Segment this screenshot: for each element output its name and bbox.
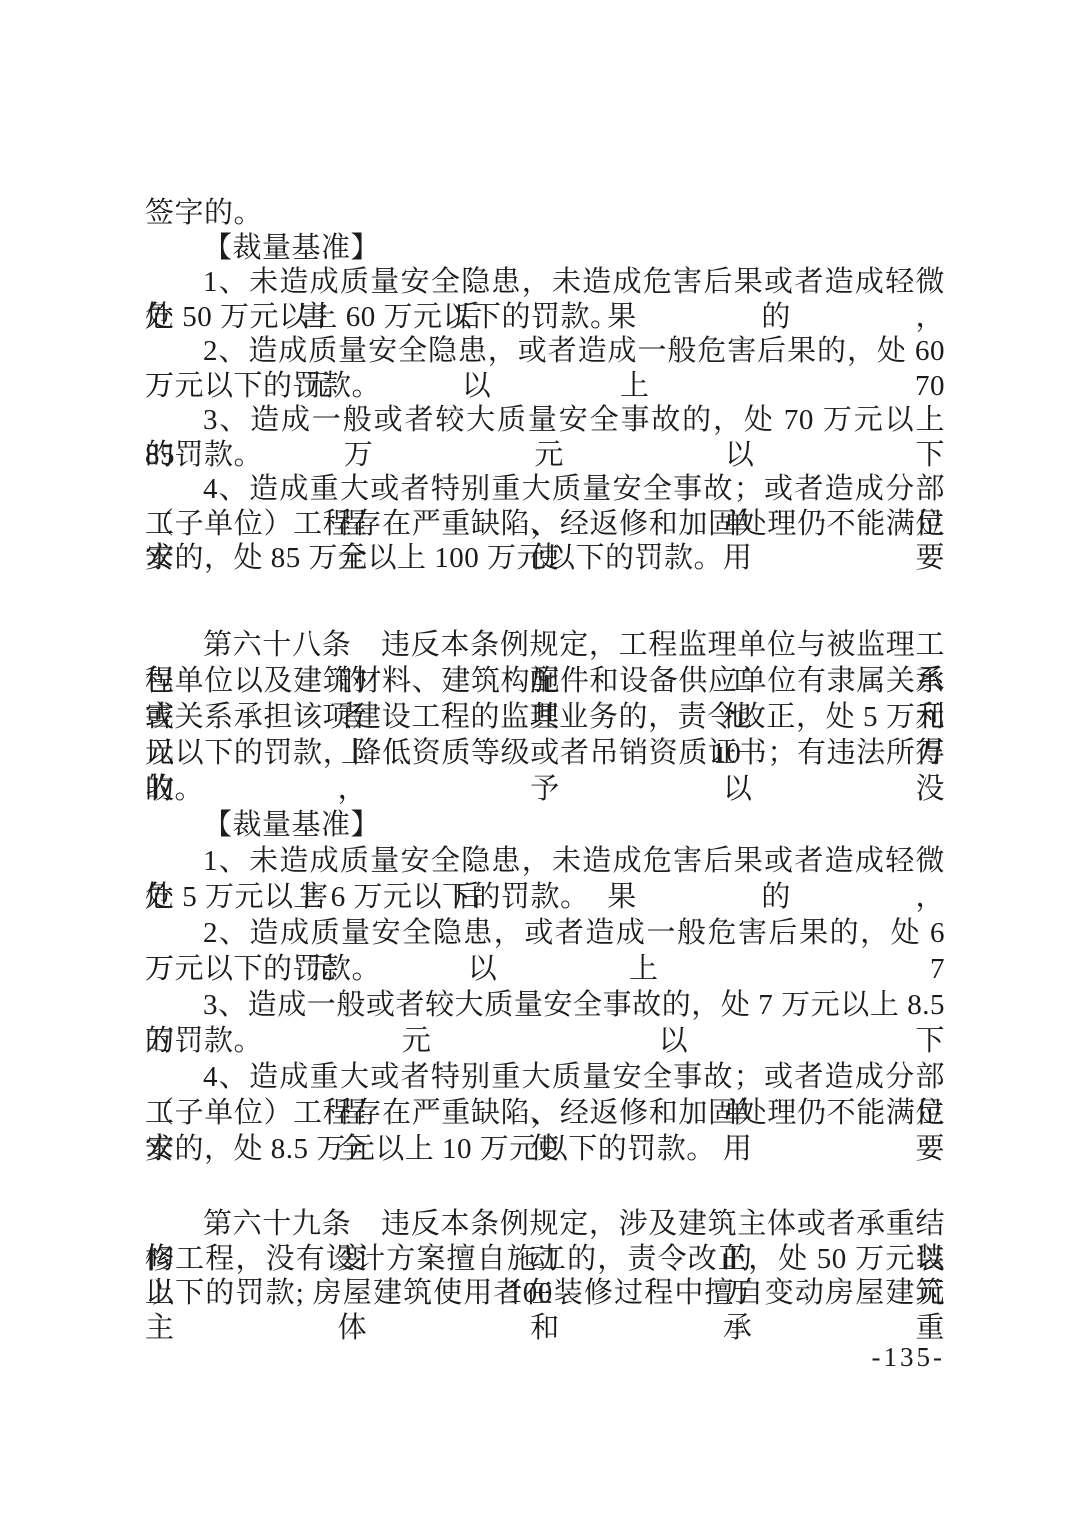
text-line: 2、造成质量安全隐患，或者造成一般危害后果的，处 6 万元以上 7 <box>145 915 945 951</box>
text-line: 第六十八条 违反本条例规定，工程监理单位与被监理工程的施工承 <box>145 627 945 663</box>
text-line: 以下的罚款; 房屋建筑使用者在装修过程中擅自变动房屋建筑主体和承重 <box>145 1276 945 1311</box>
text-line: 1、未造成质量安全隐患，未造成危害后果或者造成轻微危害后果的， <box>145 843 945 879</box>
text-line: （子单位）工程存在严重缺陷，经返修和加固处理仍不能满足安全使用要 <box>145 1095 945 1131</box>
page-number: -135- <box>872 1342 945 1373</box>
text-line: 包单位以及建筑材料、建筑构配件和设备供应单位有隶属关系或者其他利 <box>145 663 945 699</box>
text-line: 4、造成重大或者特别重大质量安全事故；或者造成分部工程、单位 <box>145 472 945 507</box>
text-line: 2、造成质量安全隐患，或者造成一般危害后果的，处 60 万元以上 70 <box>145 334 945 369</box>
text-line: 3、造成一般或者较大质量安全事故的，处 7 万元以上 8.5 万元以下 <box>145 987 945 1023</box>
article-69-block: 第六十九条 违反本条例规定，涉及建筑主体或者承重结构变动的装修工程，没有设计方案… <box>145 1207 945 1311</box>
text-line: 签字的。 <box>145 196 945 231</box>
text-line: 1、未造成质量安全隐患，未造成危害后果或者造成轻微危害后果的， <box>145 265 945 300</box>
text-line: 4、造成重大或者特别重大质量安全事故；或者造成分部工程、单位 <box>145 1059 945 1095</box>
text-line: 【裁量基准】 <box>145 231 945 266</box>
text-line: 元以下的罚款，降低资质等级或者吊销资质证书；有违法所得的，予以没 <box>145 735 945 771</box>
text-line: 【裁量基准】 <box>145 807 945 843</box>
text-line: 第六十九条 违反本条例规定，涉及建筑主体或者承重结构变动的装 <box>145 1207 945 1242</box>
text-line: 修工程，没有设计方案擅自施工的，责令改正，处 50 万元以上 100 万元 <box>145 1242 945 1277</box>
text-line: 害关系承担该项建设工程的监理业务的，责令改正，处 5 万元以上 10 万 <box>145 699 945 735</box>
document-page: 签字的。【裁量基准】1、未造成质量安全隐患，未造成危害后果或者造成轻微危害后果的… <box>0 0 1075 1520</box>
text-line: （子单位）工程存在严重缺陷，经返修和加固处理仍不能满足安全使用要 <box>145 507 945 542</box>
article-67-penalty-standards-block: 签字的。【裁量基准】1、未造成质量安全隐患，未造成危害后果或者造成轻微危害后果的… <box>145 196 945 576</box>
article-68-block: 第六十八条 违反本条例规定，工程监理单位与被监理工程的施工承包单位以及建筑材料、… <box>145 627 945 1167</box>
text-line: 3、造成一般或者较大质量安全事故的，处 70 万元以上 85 万元以下 <box>145 403 945 438</box>
